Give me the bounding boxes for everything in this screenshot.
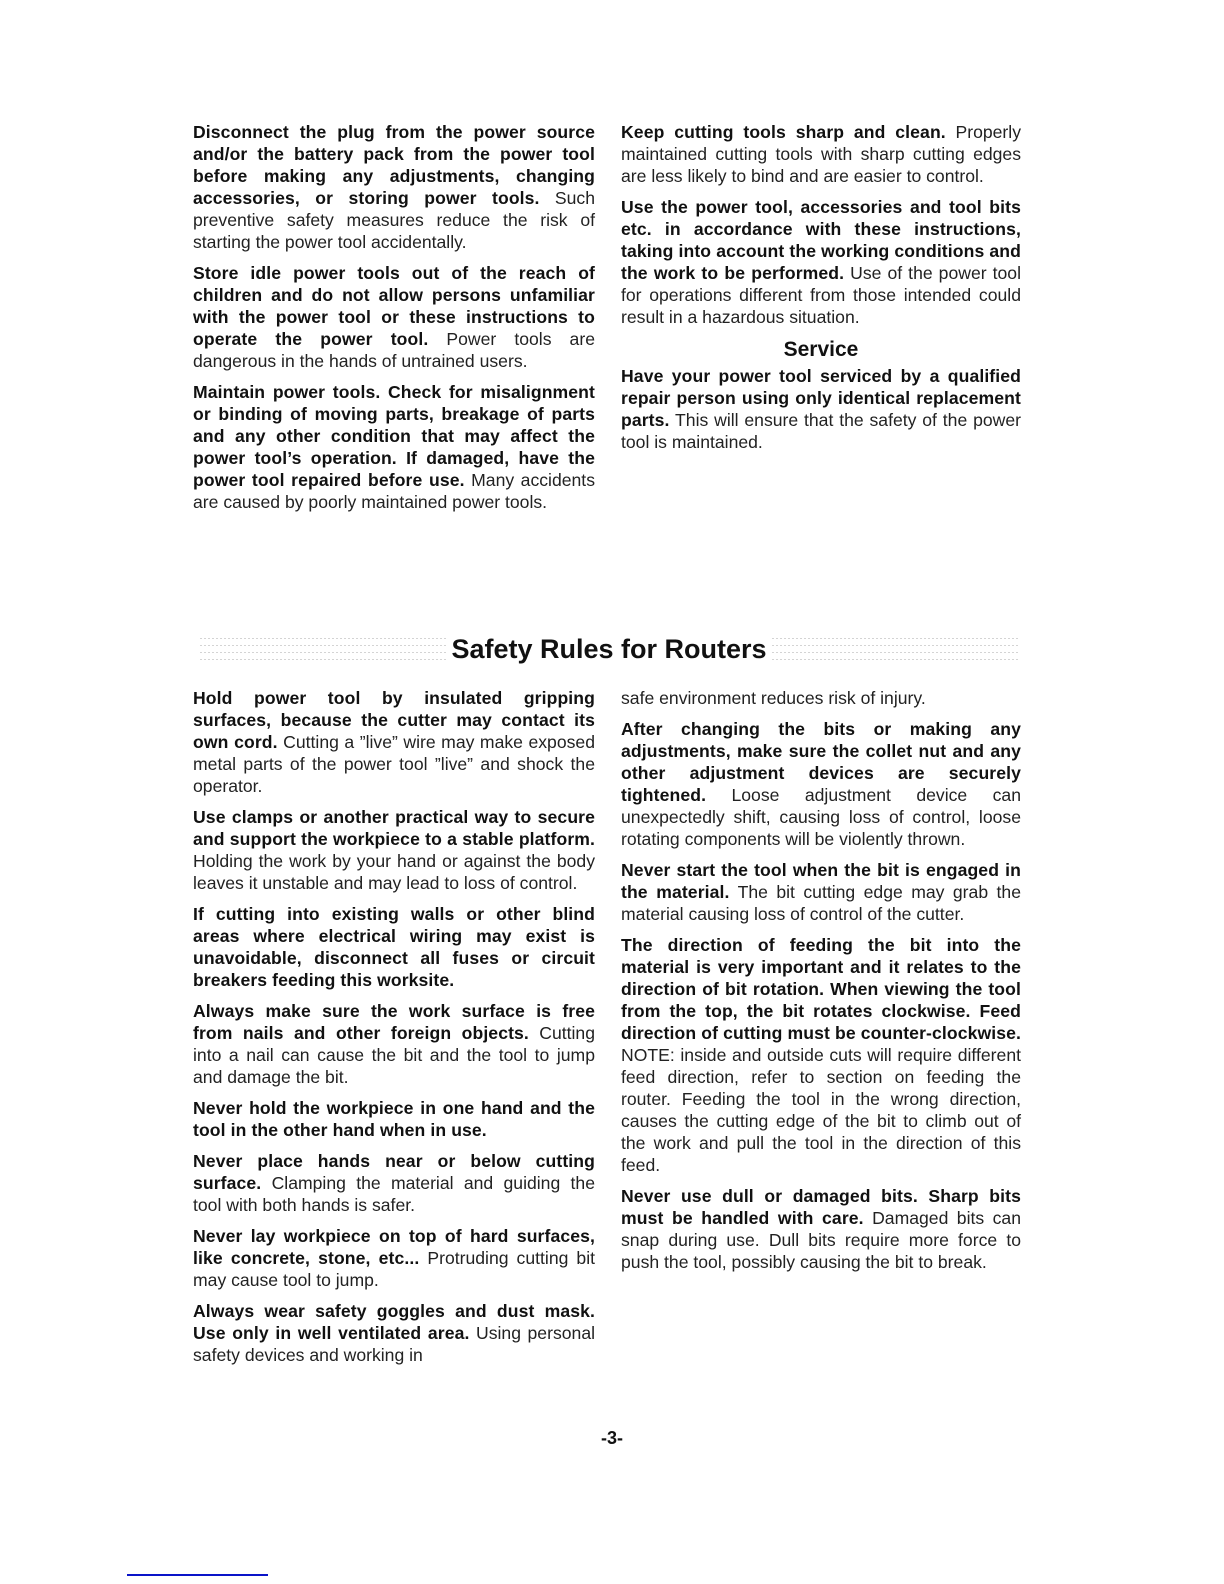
rule-heading: Disconnect the plug from the power sourc… [193, 122, 595, 208]
paragraph-disconnect-plug: Disconnect the plug from the power sourc… [193, 121, 595, 253]
paragraph-safety-goggles: Always wear safety goggles and dust mask… [193, 1300, 595, 1366]
footnote-rule [127, 1574, 268, 1576]
rule-text: This will ensure that the safety of the … [621, 410, 1021, 452]
top-left-column: Disconnect the plug from the power sourc… [193, 121, 595, 522]
paragraph-feed-direction: The direction of feeding the bit into th… [621, 934, 1021, 1176]
page-number: -3- [0, 1428, 1224, 1449]
bottom-right-column: safe environment reduces risk of injury.… [621, 687, 1021, 1282]
rule-heading: Use clamps or another practical way to s… [193, 807, 595, 849]
paragraph-service: Have your power tool serviced by a quali… [621, 365, 1021, 453]
paragraph-insulated-grip: Hold power tool by insulated gripping su… [193, 687, 595, 797]
bottom-left-column: Hold power tool by insulated gripping su… [193, 687, 595, 1375]
paragraph-dull-bits: Never use dull or damaged bits. Sharp bi… [621, 1185, 1021, 1273]
rule-text: NOTE: inside and outside cuts will requi… [621, 1045, 1021, 1175]
paragraph-never-start-engaged: Never start the tool when the bit is eng… [621, 859, 1021, 925]
rule-heading: Keep cutting tools sharp and clean. [621, 122, 946, 142]
paragraph-safe-environment: safe environment reduces risk of injury. [621, 687, 1021, 709]
rule-heading: Never hold the workpiece in one hand and… [193, 1098, 595, 1140]
section-banner: Safety Rules for Routers [198, 624, 1020, 668]
top-right-column: Keep cutting tools sharp and clean. Prop… [621, 121, 1021, 462]
rule-heading: If cutting into existing walls or other … [193, 904, 595, 990]
paragraph-use-per-instructions: Use the power tool, accessories and tool… [621, 196, 1021, 328]
rule-text: Holding the work by your hand or against… [193, 851, 595, 893]
paragraph-keep-tools-sharp: Keep cutting tools sharp and clean. Prop… [621, 121, 1021, 187]
paragraph-store-idle-tools: Store idle power tools out of the reach … [193, 262, 595, 372]
paragraph-hands-near-cutting: Never place hands near or below cutting … [193, 1150, 595, 1216]
paragraph-collet-nut: After changing the bits or making any ad… [621, 718, 1021, 850]
paragraph-use-clamps: Use clamps or another practical way to s… [193, 806, 595, 894]
service-heading: Service [621, 337, 1021, 363]
paragraph-blind-areas: If cutting into existing walls or other … [193, 903, 595, 991]
section-title: Safety Rules for Routers [198, 632, 1020, 666]
paragraph-maintain-tools: Maintain power tools. Check for misalign… [193, 381, 595, 513]
paragraph-never-hold-workpiece: Never hold the workpiece in one hand and… [193, 1097, 595, 1141]
rule-heading: The direction of feeding the bit into th… [621, 935, 1021, 1043]
rule-text: safe environment reduces risk of injury. [621, 688, 926, 708]
section-title-text: Safety Rules for Routers [447, 634, 770, 664]
paragraph-work-surface: Always make sure the work surface is fre… [193, 1000, 595, 1088]
paragraph-hard-surfaces: Never lay workpiece on top of hard surfa… [193, 1225, 595, 1291]
